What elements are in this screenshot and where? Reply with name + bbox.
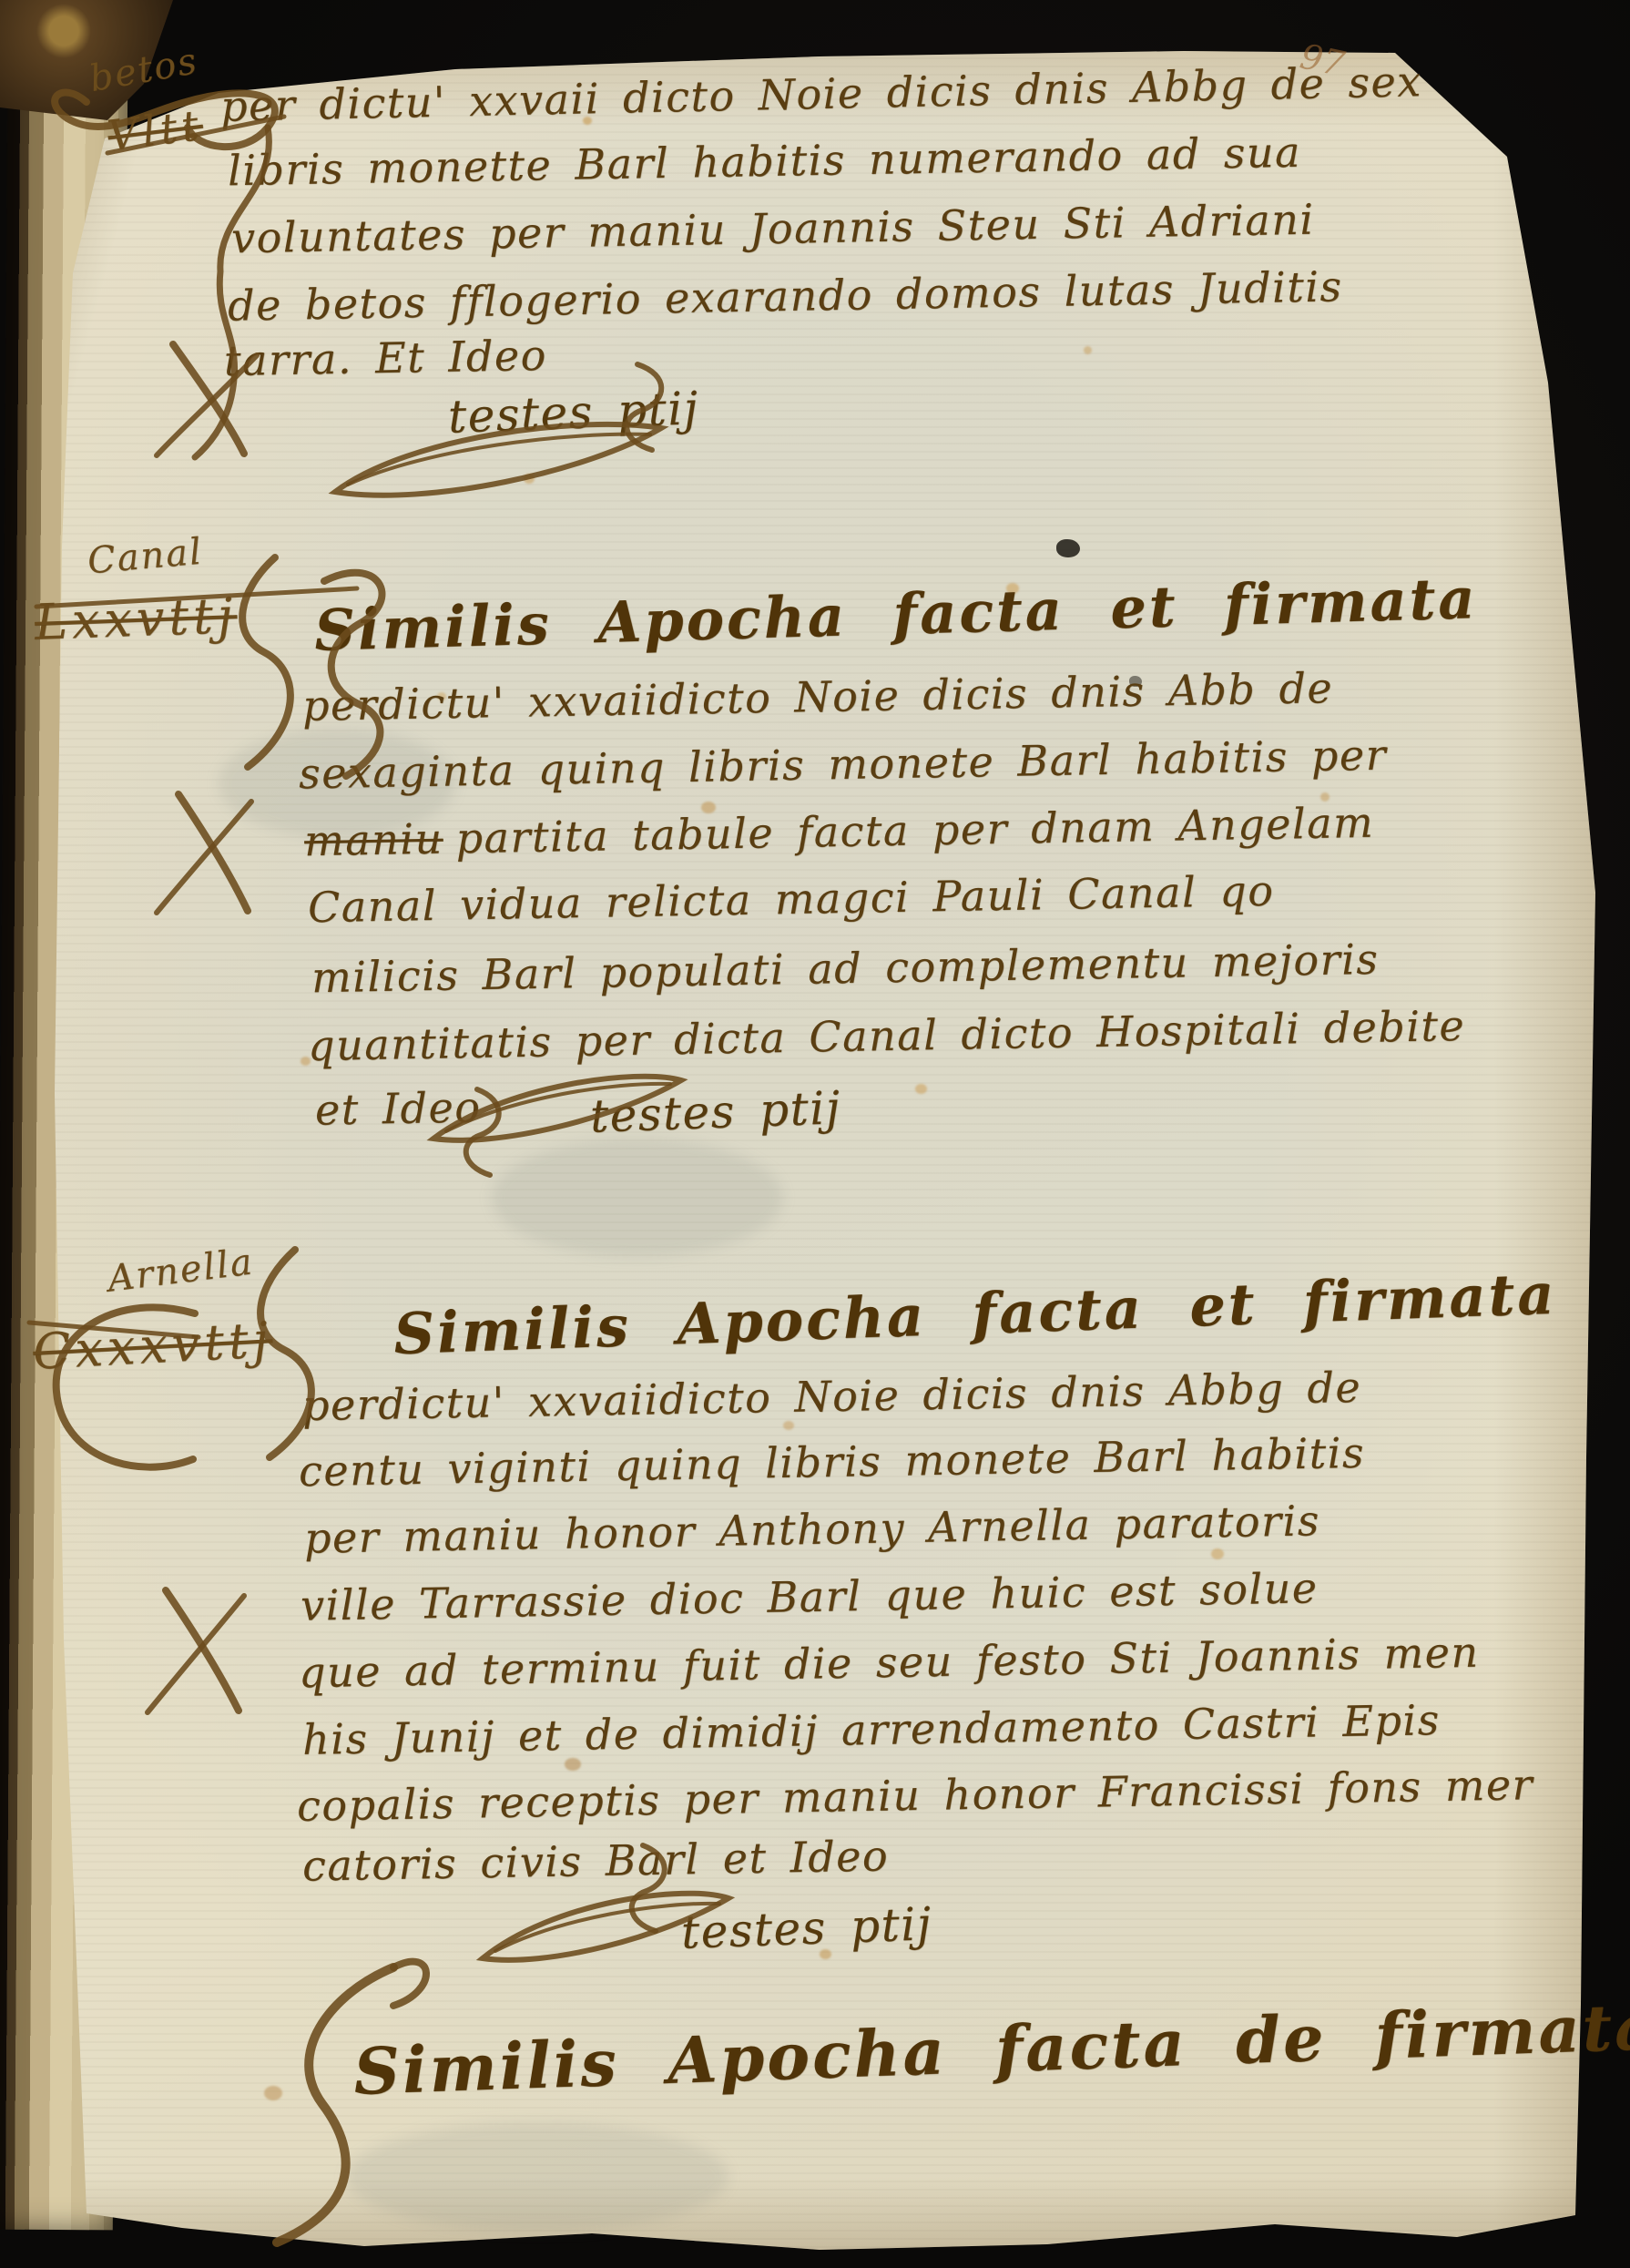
margin-number-canal: Lxxvttj: [34, 587, 238, 651]
manuscript-photo: 97 betos Vltt Canal Lxxvttj Arnella Cxxx…: [0, 0, 1630, 2268]
entry3-line: catoris civis Barl et Ideo: [302, 1831, 890, 1890]
entry1-line: tarra. Et Ideo: [224, 331, 548, 385]
ink-blot: [1056, 539, 1080, 557]
entry1-testes: testes ptij: [447, 382, 700, 444]
entry2-testes: testes ptij: [589, 1081, 842, 1143]
struck-word: maniu: [304, 814, 443, 866]
entry2-closing: et Ideo: [315, 1082, 482, 1134]
entry3-testes: testes ptij: [680, 1897, 933, 1959]
